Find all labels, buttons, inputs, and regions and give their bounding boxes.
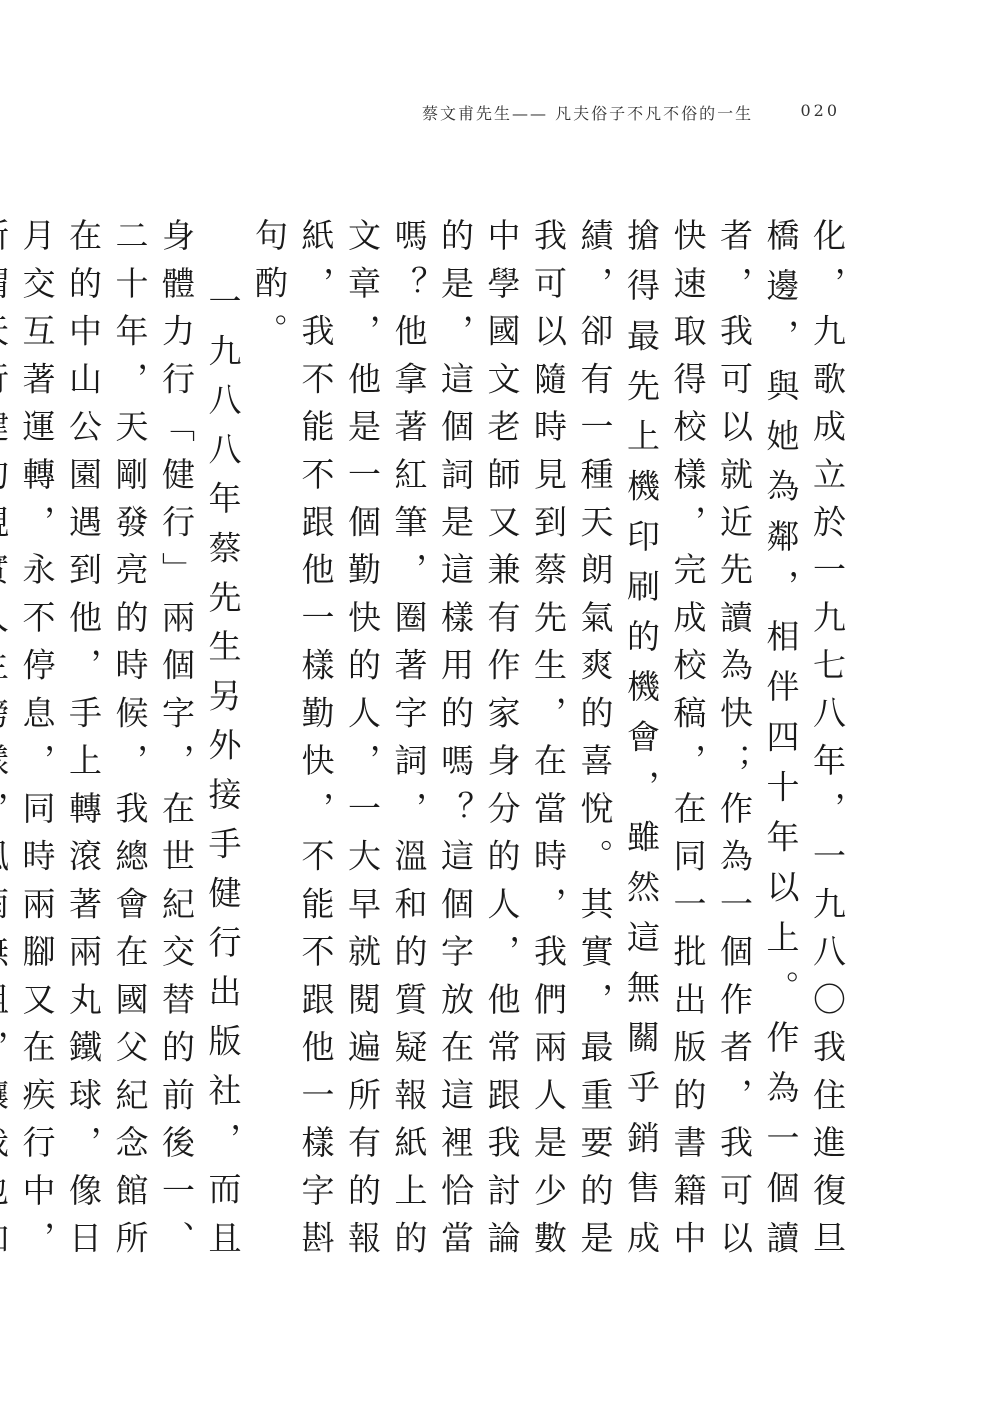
running-header-title: 蔡文甫先生—— 凡夫俗子不凡不俗的一生: [422, 101, 753, 124]
paragraph-2: 一九八八年蔡先生另外接手健行出版社，而且身體力行「健行」兩個字，在世紀交替的前後…: [0, 218, 246, 1268]
vertical-body-text: 化，九歌成立於一九七八年，一九八〇我住進復旦橋邊，與她為鄰，相伴四十年以上。作為…: [0, 218, 850, 1268]
paragraph-1: 化，九歌成立於一九七八年，一九八〇我住進復旦橋邊，與她為鄰，相伴四十年以上。作為…: [246, 218, 851, 1268]
running-header: 蔡文甫先生—— 凡夫俗子不凡不俗的一生 020: [420, 101, 840, 129]
book-page: 蔡文甫先生—— 凡夫俗子不凡不俗的一生 020 化，九歌成立於一九七八年，一九八…: [0, 0, 1000, 1419]
page-number: 020: [800, 101, 840, 120]
